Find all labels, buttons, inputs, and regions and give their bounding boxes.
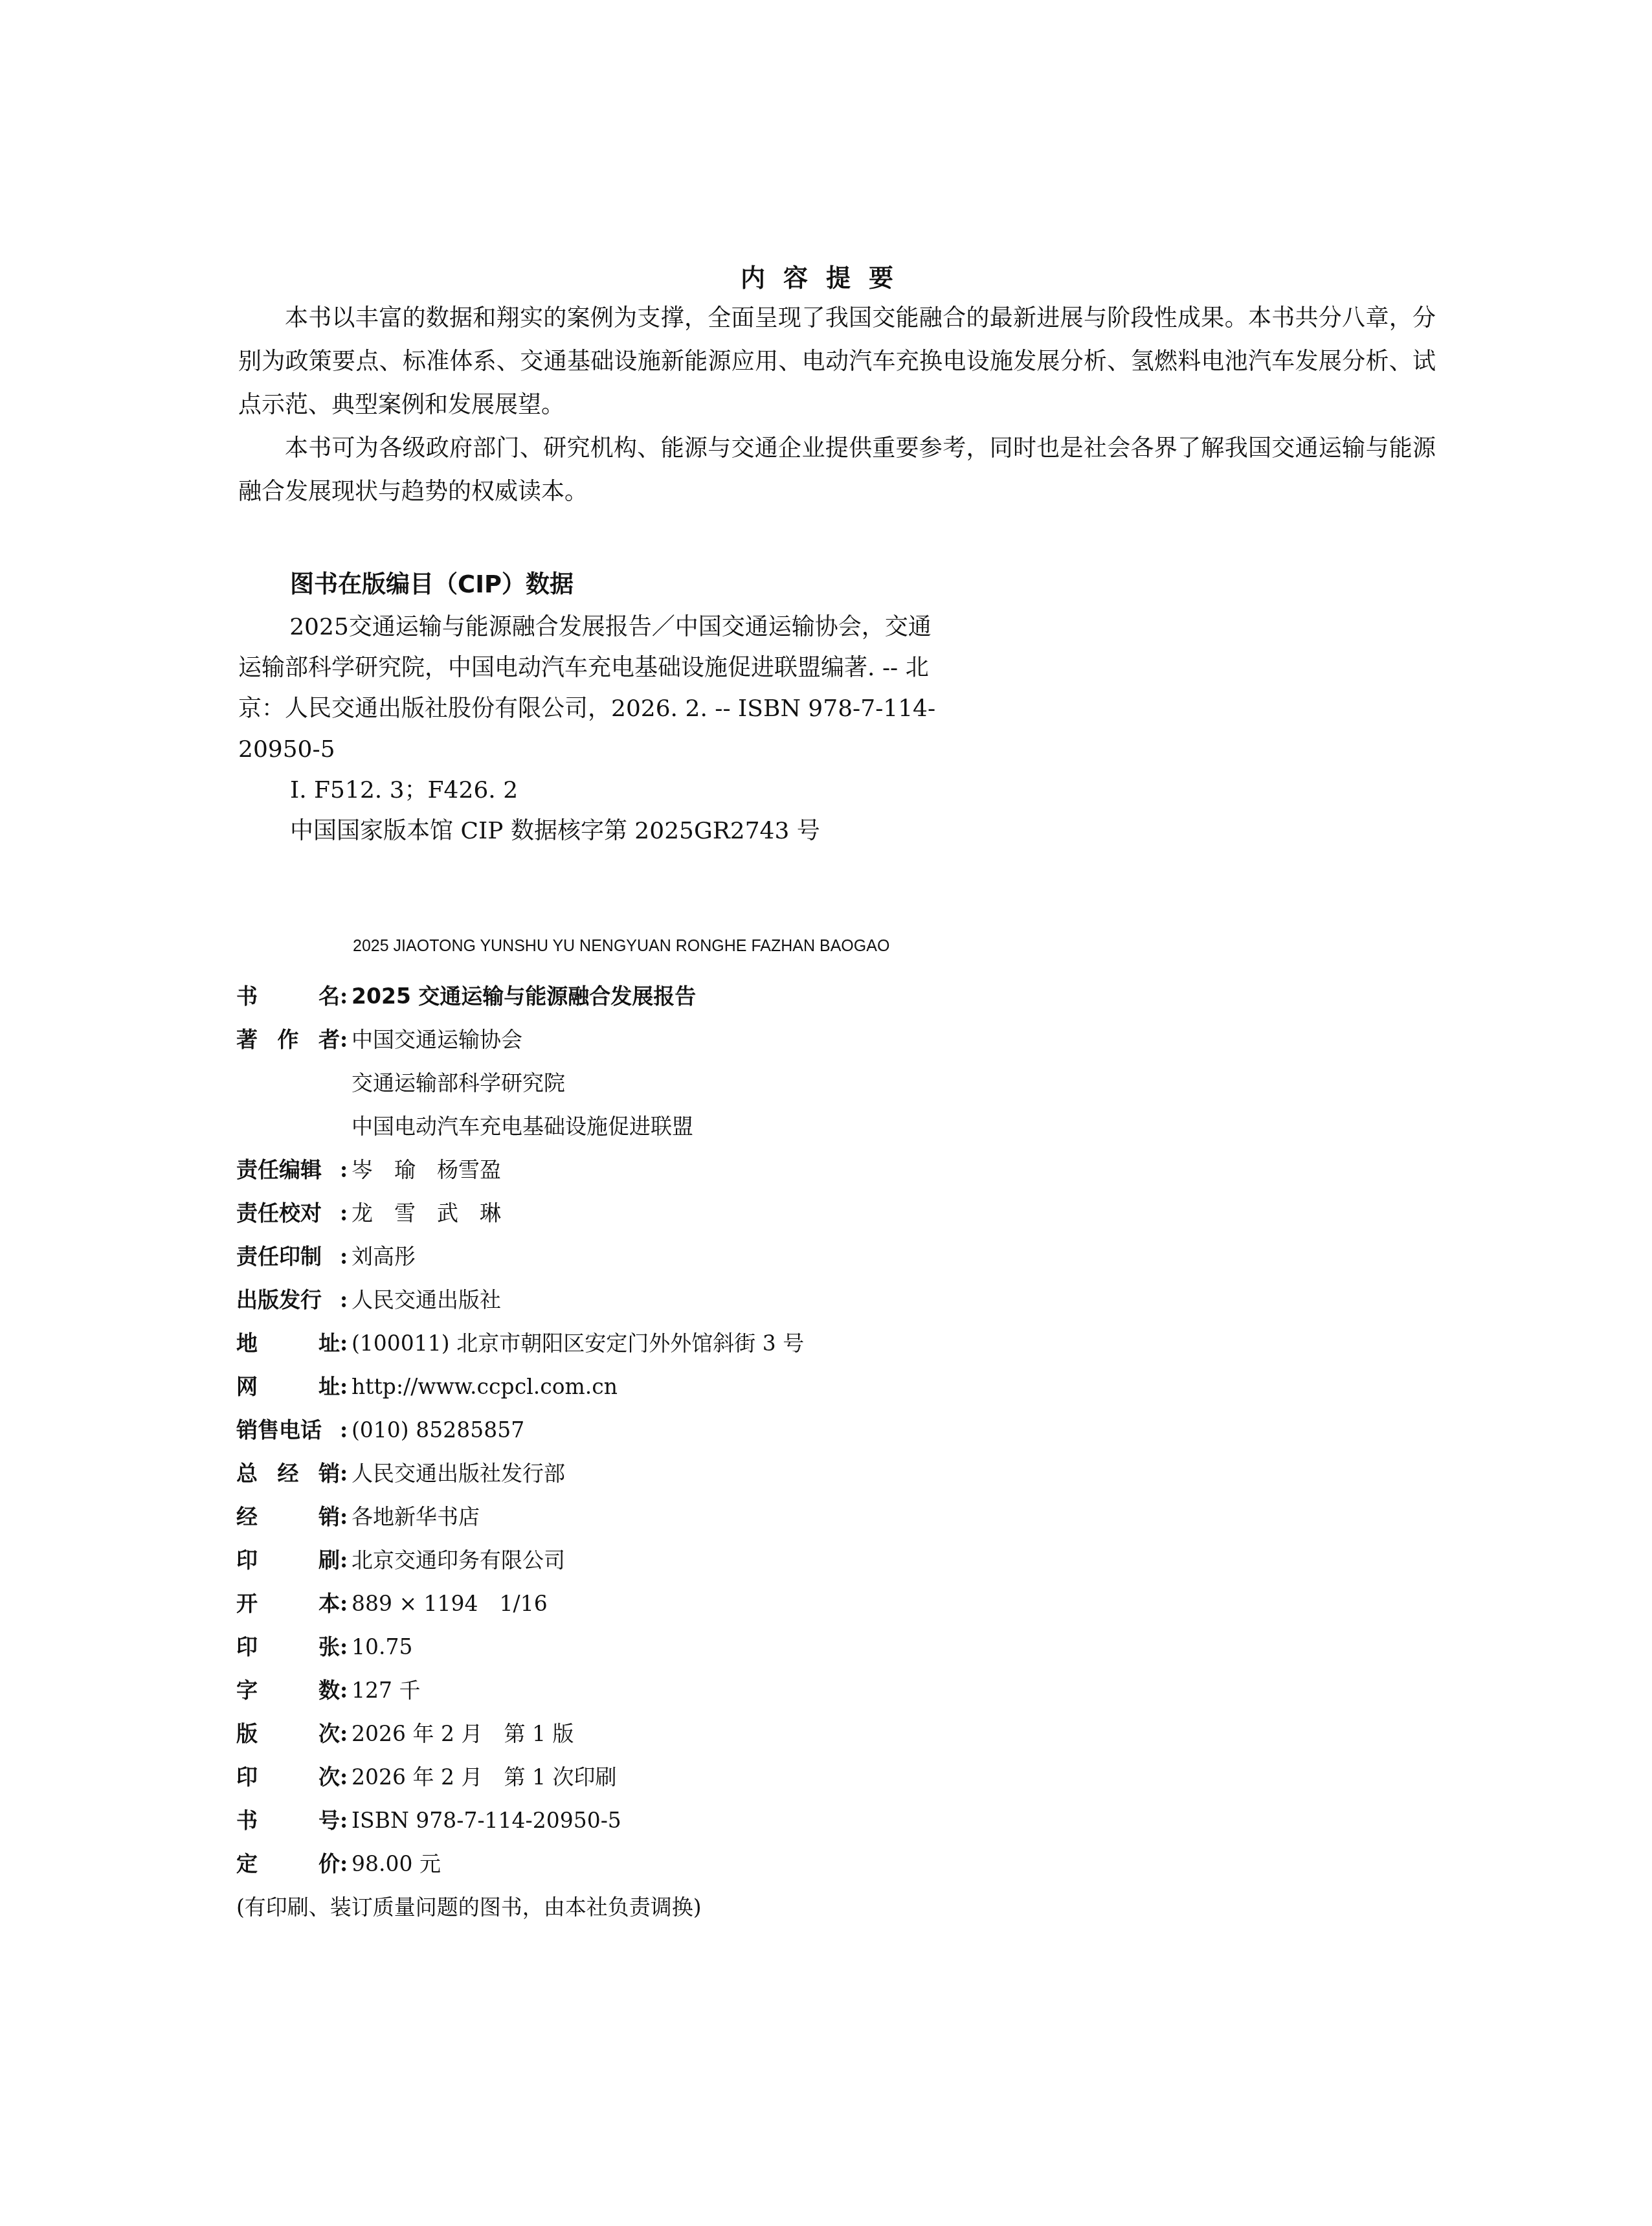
colophon-value: 2025 交通运输与能源融合发展报告 <box>352 974 696 1018</box>
colophon-colon: : <box>340 1408 352 1452</box>
colophon-colon: : <box>340 1321 352 1365</box>
colophon-colon: : <box>340 1495 352 1538</box>
colophon-label: 出版发行 <box>236 1278 340 1321</box>
colophon-row: 书名:2025 交通运输与能源融合发展报告 <box>236 974 1207 1018</box>
colophon-colon: : <box>340 1538 352 1582</box>
colophon-label-char: 址 <box>318 1365 340 1408</box>
colophon-label: 著作者 <box>236 1018 340 1061</box>
colophon-label-char: 开 <box>236 1582 258 1625</box>
colophon-row: 销售电话:(010) 85285857 <box>236 1408 1207 1452</box>
colophon-label-char: 印 <box>236 1625 258 1669</box>
abstract-body: 本书以丰富的数据和翔实的案例为支撑，全面呈现了我国交能融合的最新进展与阶段性成果… <box>238 297 1436 513</box>
colophon-label-char: 次 <box>318 1712 340 1755</box>
colophon-label-char: 号 <box>318 1799 340 1842</box>
abstract-title: 内容提要 <box>0 258 1652 293</box>
colophon-label-char: 网 <box>236 1365 258 1408</box>
colophon-colon: : <box>340 1669 352 1712</box>
cip-classification: Ⅰ. F512. 3；F426. 2 <box>238 770 950 811</box>
colophon-label: 版次 <box>236 1712 340 1755</box>
colophon-label: 责任编辑 <box>236 1148 340 1191</box>
colophon-label: 责任印制 <box>236 1235 340 1278</box>
colophon-label-char: 责任编辑 <box>236 1148 322 1191</box>
colophon-value: 龙 雪 武 琳 <box>352 1191 501 1235</box>
abstract-paragraph: 本书可为各级政府部门、研究机构、能源与交通企业提供重要参考，同时也是社会各界了解… <box>238 427 1436 513</box>
abstract-paragraph: 本书以丰富的数据和翔实的案例为支撑，全面呈现了我国交能融合的最新进展与阶段性成果… <box>238 297 1436 427</box>
colophon-label-char: 作 <box>278 1018 299 1061</box>
colophon-label: 印刷 <box>236 1538 340 1582</box>
colophon: 书名:2025 交通运输与能源融合发展报告著作者:中国交通运输协会 :交通运输部… <box>236 974 1207 1929</box>
colophon-label: 责任校对 <box>236 1191 340 1235</box>
colophon-row: 开本:889 × 1194 1/16 <box>236 1582 1207 1625</box>
colophon-row: 著作者:中国交通运输协会 <box>236 1018 1207 1061</box>
colophon-label-char: 张 <box>318 1625 340 1669</box>
colophon-value: 10.75 <box>352 1625 412 1669</box>
colophon-label-char: 版 <box>236 1712 258 1755</box>
cip-record-block: 2025交通运输与能源融合发展报告／中国交通运输协会，交通运输部科学研究院，中国… <box>238 607 950 851</box>
colophon-label-char: 刷 <box>318 1538 340 1582</box>
colophon-label-char: 责任校对 <box>236 1191 322 1235</box>
colophon-label-char: 数 <box>318 1669 340 1712</box>
colophon-label-char: 书 <box>236 1799 258 1842</box>
colophon-label-char: 定 <box>236 1842 258 1885</box>
colophon-value: 岑 瑜 杨雪盈 <box>352 1148 501 1191</box>
colophon-value: 人民交通出版社发行部 <box>352 1452 565 1495</box>
colophon-row: 地址:(100011) 北京市朝阳区安定门外外馆斜街 3 号 <box>236 1321 1207 1365</box>
colophon-value: 交通运输部科学研究院 <box>352 1061 565 1105</box>
colophon-label-char: 书 <box>236 974 258 1018</box>
cip-verification: 中国国家版本馆 CIP 数据核字第 2025GR2743 号 <box>238 811 950 851</box>
colophon-row: 印刷:北京交通印务有限公司 <box>236 1538 1207 1582</box>
colophon-row: 责任印制:刘高彤 <box>236 1235 1207 1278</box>
colophon-label: 字数 <box>236 1669 340 1712</box>
colophon-label-char: 销售电话 <box>236 1408 322 1452</box>
pinyin-title: 2025 JIAOTONG YUNSHU YU NENGYUAN RONGHE … <box>353 937 889 956</box>
colophon-label-char: 字 <box>236 1669 258 1712</box>
colophon-label-char: 出版发行 <box>236 1278 322 1321</box>
colophon-value: 127 千 <box>352 1669 420 1712</box>
colophon-label-char: 本 <box>318 1582 340 1625</box>
colophon-value: 中国交通运输协会 <box>352 1018 522 1061</box>
colophon-colon: : <box>340 1278 352 1321</box>
colophon-label: 经销 <box>236 1495 340 1538</box>
colophon-row: 印张:10.75 <box>236 1625 1207 1669</box>
cip-record: 2025交通运输与能源融合发展报告／中国交通运输协会，交通运输部科学研究院，中国… <box>238 607 950 770</box>
colophon-value: 各地新华书店 <box>352 1495 480 1538</box>
colophon-value: ISBN 978-7-114-20950-5 <box>352 1799 621 1842</box>
colophon-value: 人民交通出版社 <box>352 1278 501 1321</box>
colophon-value: 2026 年 2 月 第 1 版 <box>352 1712 574 1755</box>
colophon-value: 中国电动汽车充电基础设施促进联盟 <box>352 1105 693 1148</box>
colophon-value: (010) 85285857 <box>352 1408 524 1452</box>
colophon-row: 网址:http://www.ccpcl.com.cn <box>236 1365 1207 1408</box>
colophon-value: http://www.ccpcl.com.cn <box>352 1365 618 1408</box>
colophon-colon: : <box>340 1712 352 1755</box>
colophon-label-char: 价 <box>318 1842 340 1885</box>
colophon-row: :中国电动汽车充电基础设施促进联盟 <box>236 1105 1207 1148</box>
colophon-label-char: 经 <box>236 1495 258 1538</box>
colophon-label: 书名 <box>236 974 340 1018</box>
colophon-label: 印张 <box>236 1625 340 1669</box>
colophon-colon: : <box>340 1755 352 1799</box>
colophon-label: 地址 <box>236 1321 340 1365</box>
colophon-label-char: 著 <box>236 1018 258 1061</box>
colophon-label-char: 印 <box>236 1755 258 1799</box>
colophon-row: 印次:2026 年 2 月 第 1 次印刷 <box>236 1755 1207 1799</box>
colophon-label-char: 总 <box>236 1452 258 1495</box>
colophon-row: 出版发行:人民交通出版社 <box>236 1278 1207 1321</box>
colophon-label-char: 销 <box>318 1452 340 1495</box>
colophon-colon: : <box>340 1018 352 1061</box>
colophon-label-char: 址 <box>318 1321 340 1365</box>
colophon-row: 定价:98.00 元 <box>236 1842 1207 1885</box>
colophon-label-char: 责任印制 <box>236 1235 322 1278</box>
colophon-value: (100011) 北京市朝阳区安定门外外馆斜街 3 号 <box>352 1321 804 1365</box>
colophon-label: 总经销 <box>236 1452 340 1495</box>
colophon-colon: : <box>340 1582 352 1625</box>
colophon-value: 889 × 1194 1/16 <box>352 1582 548 1625</box>
colophon-colon: : <box>340 1235 352 1278</box>
colophon-row: 经销:各地新华书店 <box>236 1495 1207 1538</box>
colophon-colon: : <box>340 1452 352 1495</box>
colophon-colon: : <box>340 1365 352 1408</box>
colophon-label-char: 名 <box>318 974 340 1018</box>
colophon-label-char: 次 <box>318 1755 340 1799</box>
colophon-label-char: 销 <box>318 1495 340 1538</box>
colophon-label-char: 地 <box>236 1321 258 1365</box>
colophon-colon: : <box>340 1148 352 1191</box>
cip-heading: 图书在版编目（CIP）数据 <box>290 565 574 600</box>
colophon-label: 销售电话 <box>236 1408 340 1452</box>
colophon-colon: : <box>340 974 352 1018</box>
colophon-colon: : <box>340 1842 352 1885</box>
colophon-label: 定价 <box>236 1842 340 1885</box>
colophon-label: 网址 <box>236 1365 340 1408</box>
colophon-colon: : <box>340 1191 352 1235</box>
colophon-row: 总经销:人民交通出版社发行部 <box>236 1452 1207 1495</box>
colophon-row: 书号:ISBN 978-7-114-20950-5 <box>236 1799 1207 1842</box>
colophon-colon: : <box>340 1625 352 1669</box>
colophon-label-char: 印 <box>236 1538 258 1582</box>
colophon-value: 2026 年 2 月 第 1 次印刷 <box>352 1755 616 1799</box>
colophon-value: 北京交通印务有限公司 <box>352 1538 565 1582</box>
colophon-row: 责任编辑:岑 瑜 杨雪盈 <box>236 1148 1207 1191</box>
colophon-row: :交通运输部科学研究院 <box>236 1061 1207 1105</box>
colophon-label: 书号 <box>236 1799 340 1842</box>
colophon-value: 刘高彤 <box>352 1235 416 1278</box>
colophon-label: 印次 <box>236 1755 340 1799</box>
colophon-value: 98.00 元 <box>352 1842 441 1885</box>
colophon-colon: : <box>340 1799 352 1842</box>
colophon-label: 开本 <box>236 1582 340 1625</box>
colophon-label-char: 者 <box>318 1018 340 1061</box>
colophon-label-char: 经 <box>278 1452 299 1495</box>
colophon-row: 字数:127 千 <box>236 1669 1207 1712</box>
colophon-row: 版次:2026 年 2 月 第 1 版 <box>236 1712 1207 1755</box>
colophon-row: 责任校对:龙 雪 武 琳 <box>236 1191 1207 1235</box>
quality-notice: (有印刷、装订质量问题的图书，由本社负责调换) <box>236 1885 1207 1929</box>
